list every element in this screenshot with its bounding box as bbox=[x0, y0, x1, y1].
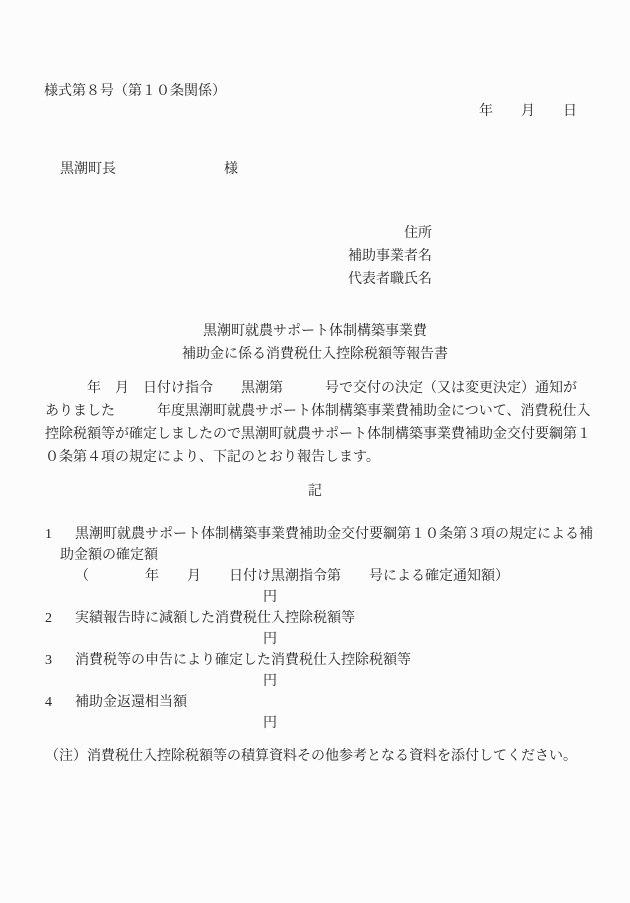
body-line-1: 年 月 日付け指令 黒潮第 号で交付の決定（又は変更決定）通知が bbox=[45, 377, 605, 400]
item-2-number: 2 bbox=[45, 608, 75, 629]
item-3-number: 3 bbox=[45, 650, 75, 671]
title-line-1: 黒潮町就農サポート体制構築事業費 bbox=[0, 320, 630, 343]
sender-block: 住所 補助事業者名 代表者職氏名 bbox=[348, 222, 432, 291]
item-3-line-1: 3消費税等の申告により確定した消費税仕入控除税額等 bbox=[45, 650, 605, 671]
form-number: 様式第８号（第１０条関係） bbox=[44, 80, 226, 103]
item-1-paren-line: （ 年 月 日付け黒潮指令第 号による確定通知額） bbox=[45, 566, 605, 587]
item-4-line-1: 4補助金返還相当額 bbox=[45, 692, 605, 713]
document-title: 黒潮町就農サポート体制構築事業費 補助金に係る消費税仕入控除税額等報告書 bbox=[0, 320, 630, 366]
item-1-text: 黒潮町就農サポート体制構築事業費補助金交付要綱第１０条第３項の規定による補 bbox=[75, 527, 593, 542]
date-blank-line: 年 月 日 bbox=[479, 100, 577, 123]
addressee-name: 黒潮町長 bbox=[60, 162, 116, 177]
item-4-amount-unit: 円 bbox=[45, 713, 605, 734]
item-1-line-2: 助金額の確定額 bbox=[45, 545, 605, 566]
item-4-number: 4 bbox=[45, 692, 75, 713]
item-3-amount-unit: 円 bbox=[45, 671, 605, 692]
item-2-text: 実績報告時に減額した消費税仕入控除税額等 bbox=[75, 611, 355, 626]
note-line: （注）消費税仕入控除税額等の積算資料その他参考となる資料を添付してください。 bbox=[45, 746, 605, 767]
item-2-amount-unit: 円 bbox=[45, 629, 605, 650]
item-1-amount-unit: 円 bbox=[45, 587, 605, 608]
body-paragraph: 年 月 日付け指令 黒潮第 号で交付の決定（又は変更決定）通知が ありました 年… bbox=[45, 377, 605, 469]
body-line-4: ０条第４項の規定により、下記のとおり報告します。 bbox=[45, 446, 605, 469]
sender-representative-label: 代表者職氏名 bbox=[348, 268, 432, 291]
item-4-text: 補助金返還相当額 bbox=[75, 695, 187, 710]
title-line-2: 補助金に係る消費税仕入控除税額等報告書 bbox=[0, 343, 630, 366]
body-line-3: 控除税額等が確定しましたので黒潮町就農サポート体制構築事業費補助金交付要綱第１ bbox=[45, 423, 605, 446]
sender-address-label: 住所 bbox=[348, 222, 432, 245]
items-list: 1黒潮町就農サポート体制構築事業費補助金交付要綱第１０条第３項の規定による補 助… bbox=[45, 524, 605, 734]
body-line-2: ありました 年度黒潮町就農サポート体制構築事業費補助金について、消費税仕入 bbox=[45, 400, 605, 423]
item-1-number: 1 bbox=[45, 524, 75, 545]
addressee-honorific: 様 bbox=[224, 162, 238, 177]
item-3-text: 消費税等の申告により確定した消費税仕入控除税額等 bbox=[75, 653, 411, 668]
item-2-line-1: 2実績報告時に減額した消費税仕入控除税額等 bbox=[45, 608, 605, 629]
sender-operator-label: 補助事業者名 bbox=[348, 245, 432, 268]
document-page: 様式第８号（第１０条関係） 年 月 日 黒潮町長様 住所 補助事業者名 代表者職… bbox=[0, 0, 630, 903]
addressee-line: 黒潮町長様 bbox=[60, 158, 238, 181]
item-1-line-1: 1黒潮町就農サポート体制構築事業費補助金交付要綱第１０条第３項の規定による補 bbox=[45, 524, 605, 545]
record-heading: 記 bbox=[0, 480, 630, 503]
